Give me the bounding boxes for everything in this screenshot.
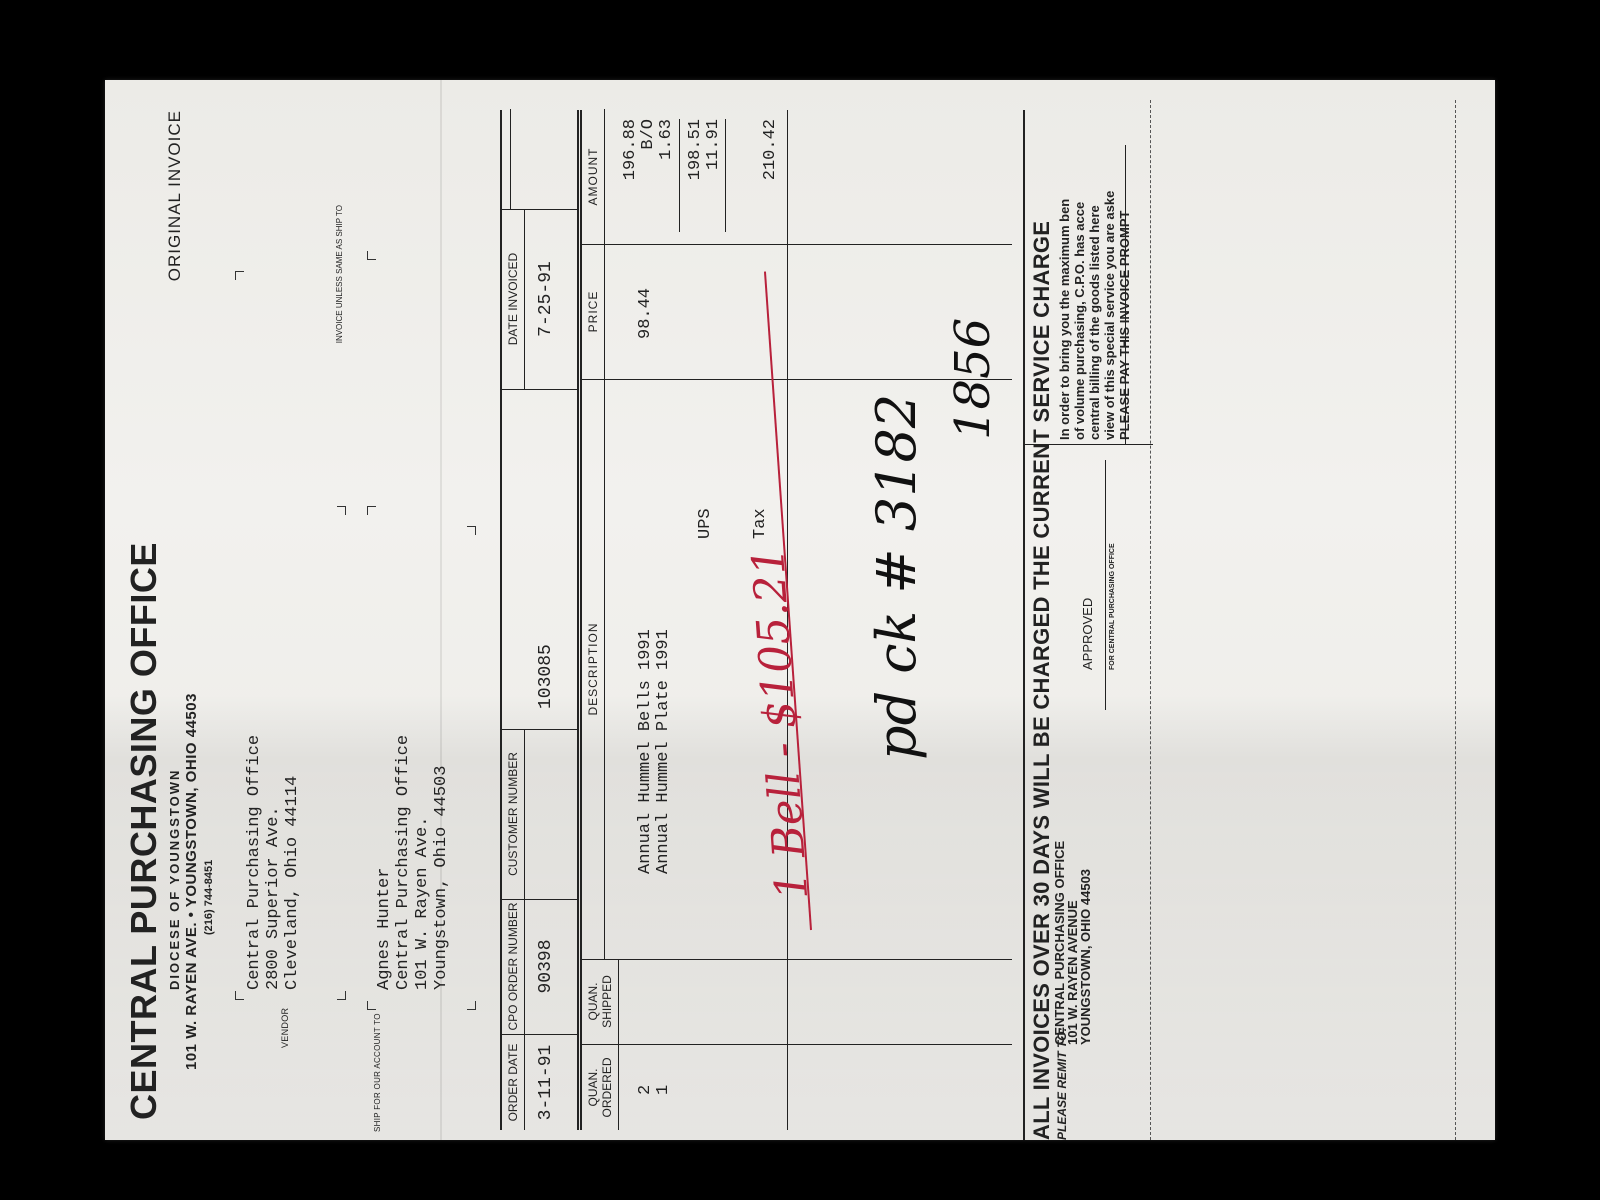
description-header: DESCRIPTION	[586, 379, 605, 959]
tax-label: Tax	[752, 508, 770, 539]
date-invoiced-cell: DATE INVOICED 7-25-91	[502, 209, 577, 390]
total-value: 210.42	[762, 119, 780, 180]
price-value: 98.44	[637, 288, 655, 339]
qty-ordered-col: QUAN. ORDERED 2 1	[582, 1045, 1012, 1130]
order-date-value: 3-11-91	[536, 1035, 556, 1130]
cpo-order-number-value: 90398	[536, 899, 556, 1034]
remit-address: CENTRAL PURCHASING OFFICE 101 W. RAYEN A…	[1053, 841, 1092, 1045]
qty-shipped-header: QUAN. SHIPPED	[586, 959, 619, 1044]
account-number-value: 103085	[536, 389, 556, 729]
service-charge-notice: ALL INVOICES OVER 30 DAYS WILL BE CHARGE…	[1023, 110, 1055, 1140]
approved-signature-line	[1105, 460, 1106, 710]
notice-rule	[1125, 145, 1126, 445]
bracket-corner	[337, 506, 346, 515]
cpo-order-number-header: CPO ORDER NUMBER	[506, 899, 525, 1034]
tear-line	[1150, 100, 1151, 1140]
vendor-label: VENDOR	[280, 1008, 290, 1048]
ship-to-address: Agnes Hunter Central Purchasing Office 1…	[375, 735, 451, 990]
bracket-corner	[235, 991, 244, 1000]
approved-label: APPROVED	[1080, 598, 1095, 670]
bracket-corner	[467, 1001, 476, 1010]
document-type: ORIGINAL INVOICE	[165, 110, 185, 281]
bracket-corner	[337, 991, 346, 1000]
handwritten-number: 1856	[945, 318, 1001, 440]
customer-number-cell: CUSTOMER NUMBER	[502, 729, 577, 900]
bracket-corner	[367, 1001, 376, 1010]
amount-values: 196.88 B/O 1.63	[622, 119, 676, 180]
account-number-cell: 103085	[502, 389, 577, 730]
order-header-table: ORDER DATE 3-11-91 CPO ORDER NUMBER 9039…	[500, 110, 579, 1130]
subtotal-rule	[679, 119, 680, 232]
bracket-corner	[467, 526, 476, 535]
bracket-corner	[367, 506, 376, 515]
ship-to-label: SHIP FOR OUR ACCOUNT TO	[373, 1013, 382, 1132]
subtotal-values: 198.51 11.91	[687, 119, 723, 180]
description-values: Annual Hummel Bells 1991 Annual Hummel P…	[637, 629, 673, 874]
amount-col: AMOUNT 196.88 B/O 1.63 198.51 11.91 210.…	[582, 109, 1012, 245]
blank-header	[506, 109, 511, 209]
company-phone: (216) 744-8451	[203, 860, 215, 935]
bracket-corner	[235, 271, 244, 280]
price-header: PRICE	[586, 244, 605, 379]
customer-number-header: CUSTOMER NUMBER	[506, 729, 525, 899]
handwritten-check-note: pd ck # 3182	[865, 394, 928, 760]
order-date-cell: ORDER DATE 3-11-91	[502, 1035, 577, 1130]
payment-notice: In order to bring you the maximum ben of…	[1057, 191, 1132, 440]
invoice-paper: CENTRAL PURCHASING OFFICE DIOCESE OF YOU…	[105, 80, 1495, 1140]
bracket-corner	[367, 251, 376, 260]
approved-sublabel: FOR CENTRAL PURCHASING OFFICE	[1109, 543, 1116, 670]
date-invoiced-value: 7-25-91	[536, 209, 556, 389]
amount-header: AMOUNT	[586, 109, 605, 244]
blank-cell	[502, 109, 577, 210]
qty-ordered-header: QUAN. ORDERED	[586, 1045, 619, 1130]
order-date-header: ORDER DATE	[506, 1035, 525, 1130]
footer-divider	[1023, 444, 1153, 445]
qty-ordered-values: 2 1	[637, 1085, 673, 1095]
company-address: 101 W. RAYEN AVE. • YOUNGSTOWN, OHIO 445…	[183, 693, 200, 1070]
date-invoiced-header: DATE INVOICED	[506, 209, 525, 389]
qty-shipped-col: QUAN. SHIPPED	[582, 959, 1012, 1045]
tear-line	[1455, 100, 1456, 1140]
blank-header	[506, 389, 510, 729]
vendor-address: Central Purchasing Office 2800 Superior …	[245, 735, 302, 990]
tax-rule	[725, 119, 726, 232]
invoice-unless-note: INVOICE UNLESS SAME AS SHIP TO	[335, 205, 344, 343]
cpo-order-number-cell: CPO ORDER NUMBER 90398	[502, 899, 577, 1035]
company-subtitle: DIOCESE OF YOUNGSTOWN	[167, 769, 182, 990]
ups-label: UPS	[697, 508, 715, 539]
company-name: CENTRAL PURCHASING OFFICE	[123, 542, 165, 1120]
